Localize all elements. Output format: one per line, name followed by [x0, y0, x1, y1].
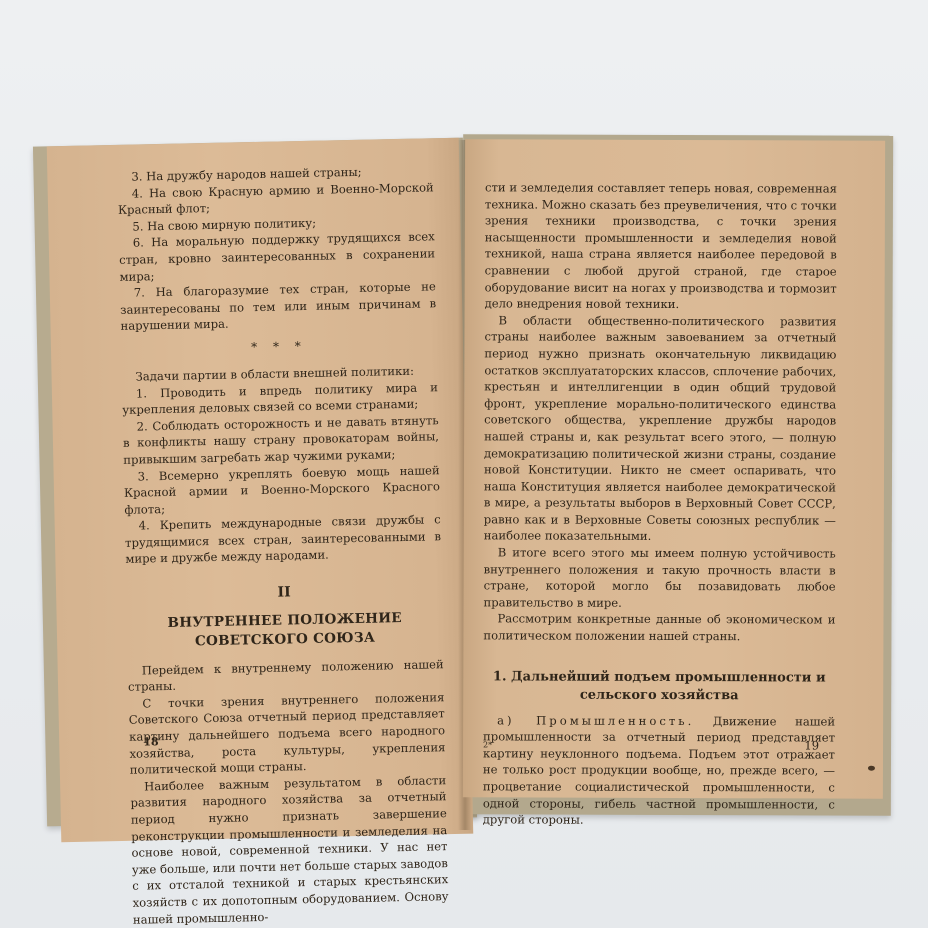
paragraph: а) Промышленность. Движение нашей промыш…	[483, 712, 835, 829]
left-page: 3. На дружбу народов нашей страны; 4. На…	[47, 138, 473, 842]
page-number: 18	[143, 735, 159, 748]
paragraph: Рассмотрим конкретные данные об экономич…	[483, 611, 835, 645]
ink-stain	[868, 766, 875, 771]
list-item: 6. На моральную поддержку трудящихся все…	[119, 229, 436, 285]
paragraph: В итоге всего этого мы имеем полную усто…	[484, 544, 836, 612]
subsection-title: 1. Дальнейший подъем промышленности и се…	[483, 668, 835, 705]
section-number: II	[126, 581, 442, 604]
paragraph: С точки зрения внутреннего положения Сов…	[128, 689, 446, 779]
page-number: 19	[804, 738, 819, 752]
right-page: сти и земледелия составляет теперь новая…	[463, 139, 885, 798]
paragraph: В области общественно-политического разв…	[484, 312, 837, 546]
printer-signature-mark: 2*	[483, 740, 492, 749]
paragraph: сти и земледелия составляет теперь новая…	[485, 179, 837, 313]
section-separator: * * *	[121, 336, 437, 357]
list-item: 4. Крепить международные связи дружбы с …	[125, 512, 442, 568]
list-item: 2. Соблюдать осторожность и не давать вт…	[122, 412, 439, 468]
list-item: 7. На благоразумие тех стран, которые не…	[120, 278, 437, 334]
left-page-text: 3. На дружбу народов нашей страны; 4. На…	[117, 162, 449, 928]
section-title: ВНУТРЕННЕЕ ПОЛОЖЕНИЕ СОВЕТСКОГО СОЮЗА	[127, 608, 444, 653]
list-item: 3. Всемерно укреплять боевую мощь нашей …	[124, 462, 441, 518]
subsection-lead: а) Промышленность.	[497, 713, 694, 728]
paragraph: Наиболее важным результатом в области ра…	[130, 772, 449, 928]
subsection-text: Движение нашей промышленности за отчетны…	[483, 714, 835, 827]
right-page-text: сти и земледелия составляет теперь новая…	[483, 179, 837, 829]
